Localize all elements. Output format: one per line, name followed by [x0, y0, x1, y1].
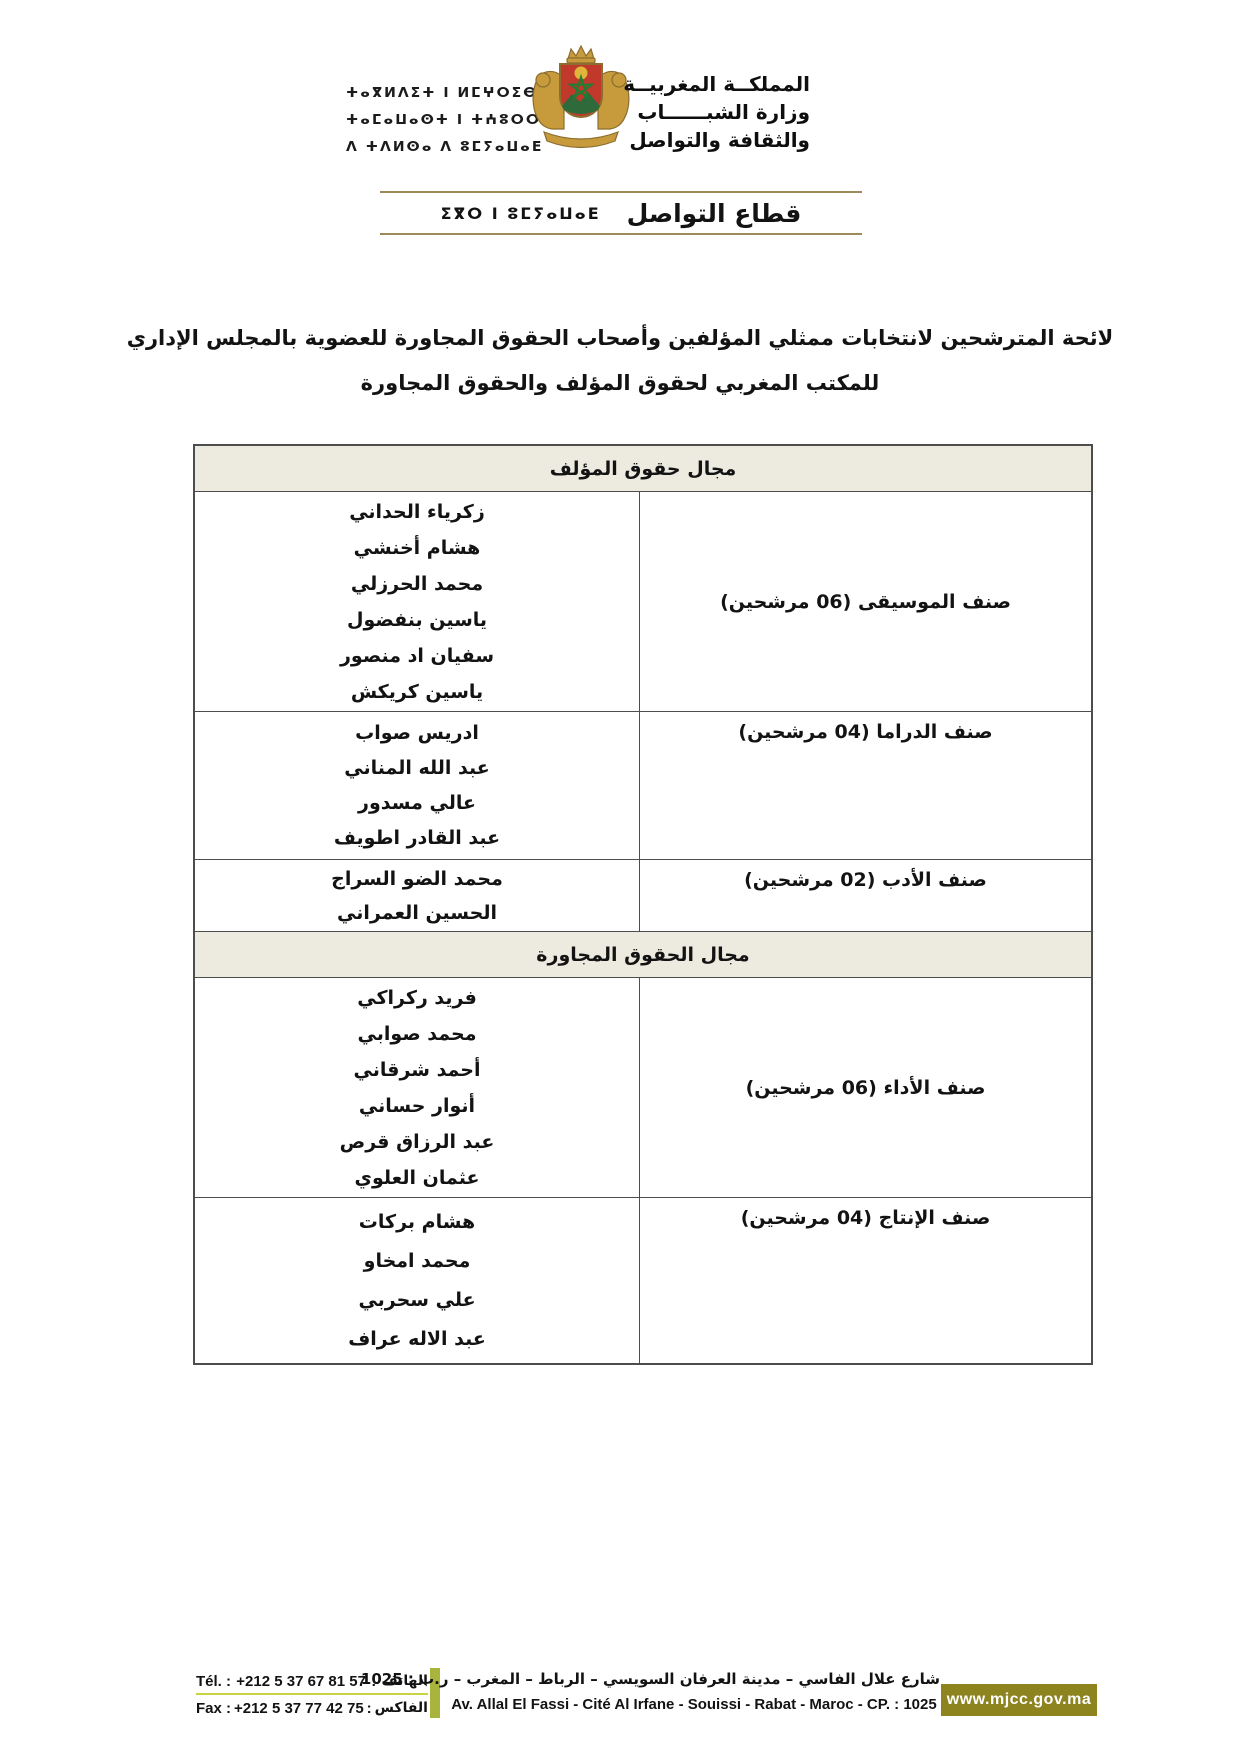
section-header-author-rights: مجال حقوق المؤلف [195, 446, 1091, 491]
website-badge: www.mjcc.gov.ma [941, 1684, 1097, 1716]
candidate-name: عبد الاله عراف [348, 1320, 486, 1359]
tifinagh-line-1: ⵜⴰⴳⵍⴷⵉⵜ ⵏ ⵍⵎⵖⵔⵉⴱ [346, 80, 522, 107]
category-cell-drama: صنف الدراما (04 مرشحين) [639, 712, 1091, 859]
moroccan-coat-of-arms-logo [518, 44, 644, 166]
candidate-name: ادريس صواب [355, 716, 479, 751]
sector-banner-arabic: قطاع التواصل [627, 199, 802, 228]
tifinagh-line-3: ⴷ ⵜⴷⵍⵙⴰ ⴷ ⵓⵎⵢⴰⵡⴰⴹ [346, 134, 522, 161]
candidate-name: هشام أخنشي [354, 530, 481, 566]
candidate-name: سفيان اد منصور [340, 638, 494, 674]
candidate-name: هشام بركات [359, 1203, 475, 1242]
names-cell-music: زكرياء الحداني هشام أخنشي محمد الحرزلي ي… [195, 492, 639, 711]
tel-underline-accent [196, 1693, 428, 1695]
ministry-line-2: وزارة الشبــــــاب [640, 98, 810, 126]
category-cell-production: صنف الإنتاج (04 مرشحين) [639, 1198, 1091, 1363]
tel-label-fr: Tél. : [196, 1673, 231, 1690]
candidate-name: أحمد شرقاني [354, 1052, 481, 1088]
header-tifinagh-text: ⵜⴰⴳⵍⴷⵉⵜ ⵏ ⵍⵎⵖⵔⵉⴱ ⵜⴰⵎⴰⵡⴰⵙⵜ ⵏ ⵜⵄⵓⵔⵔⵎⴰ ⴷ ⵜⴷ… [346, 80, 522, 161]
candidate-name: عبد الرزاق قرص [340, 1124, 495, 1160]
candidate-name: عثمان العلوي [355, 1160, 480, 1196]
candidate-name: الحسين العمراني [337, 896, 497, 930]
candidate-name: علي سحربي [358, 1281, 475, 1320]
candidate-name: زكرياء الحداني [349, 494, 485, 530]
candidates-table: مجال حقوق المؤلف صنف الموسيقى (06 مرشحين… [193, 444, 1093, 1365]
candidate-name: عالي مسدور [358, 786, 476, 821]
candidate-name: محمد امخاو [364, 1242, 471, 1281]
footer-address-block: شارع علال الفاسي – مدينة العرفان السويسي… [448, 1666, 940, 1718]
document-title-line-2: للمكتب المغربي لحقوق المؤلف والحقوق المج… [120, 361, 1120, 406]
ministry-line-1: المملكــة المغربيــة [640, 70, 810, 98]
category-cell-performance: صنف الأداء (06 مرشحين) [639, 978, 1091, 1197]
fax-number: +212 5 37 77 42 75 [234, 1700, 364, 1717]
names-cell-production: هشام بركات محمد امخاو علي سحربي عبد الال… [195, 1198, 639, 1363]
address-arabic: شارع علال الفاسي – مدينة العرفان السويسي… [448, 1666, 940, 1692]
document-title: لائحة المترشحين لانتخابات ممثلي المؤلفين… [120, 316, 1120, 406]
ribbon-icon [544, 132, 618, 148]
tel-number: +212 5 37 67 81 57 [236, 1673, 366, 1690]
table-row-music: صنف الموسيقى (06 مرشحين) زكرياء الحداني … [195, 491, 1091, 711]
names-cell-literature: محمد الضو السراج الحسين العمراني [195, 860, 639, 931]
sector-banner-tifinagh: ⵉⴳⵔ ⵏ ⵓⵎⵢⴰⵡⴰⴹ [441, 204, 601, 223]
fax-label-ar: الفاكس [375, 1700, 428, 1716]
table-row-performance: صنف الأداء (06 مرشحين) فريد ركراكي محمد … [195, 977, 1091, 1197]
banner-rule-bottom [380, 233, 862, 235]
candidate-name: محمد الحرزلي [351, 566, 483, 602]
fax-separator: : [367, 1700, 372, 1717]
category-cell-literature: صنف الأدب (02 مرشحين) [639, 860, 1091, 931]
header-ministry-name: المملكــة المغربيــة وزارة الشبــــــاب … [640, 70, 810, 154]
candidate-name: ياسين بنفضول [347, 602, 487, 638]
table-row-production: صنف الإنتاج (04 مرشحين) هشام بركات محمد … [195, 1197, 1091, 1363]
footer-fax-row: Fax : +212 5 37 77 42 75 : الفاكس [196, 1697, 428, 1719]
candidate-name: أنوار حساني [359, 1088, 475, 1124]
names-cell-drama: ادريس صواب عبد الله المناني عالي مسدور ع… [195, 712, 639, 859]
fax-label-fr: Fax : [196, 1700, 231, 1717]
category-cell-music: صنف الموسيقى (06 مرشحين) [639, 492, 1091, 711]
document-title-line-1: لائحة المترشحين لانتخابات ممثلي المؤلفين… [120, 316, 1120, 361]
candidate-name: محمد صوابي [358, 1016, 477, 1052]
crown-icon [568, 46, 594, 59]
names-cell-performance: فريد ركراكي محمد صوابي أحمد شرقاني أنوار… [195, 978, 639, 1197]
candidate-name: عبد القادر اطويف [334, 821, 500, 856]
table-row-literature: صنف الأدب (02 مرشحين) محمد الضو السراج ا… [195, 859, 1091, 931]
document-page: ⵜⴰⴳⵍⴷⵉⵜ ⵏ ⵍⵎⵖⵔⵉⴱ ⵜⴰⵎⴰⵡⴰⵙⵜ ⵏ ⵜⵄⵓⵔⵔⵎⴰ ⴷ ⵜⴷ… [0, 0, 1241, 1755]
ministry-line-3: والثقافة والتواصل [640, 126, 810, 154]
section-header-neighboring-rights: مجال الحقوق المجاورة [195, 931, 1091, 977]
table-row-drama: صنف الدراما (04 مرشحين) ادريس صواب عبد ا… [195, 711, 1091, 859]
sector-banner: ⵉⴳⵔ ⵏ ⵓⵎⵢⴰⵡⴰⴹ قطاع التواصل [380, 193, 862, 233]
candidate-name: عبد الله المناني [344, 751, 490, 786]
candidate-name: ياسين كريكش [351, 674, 483, 710]
candidate-name: محمد الضو السراج [331, 862, 503, 896]
tifinagh-line-2: ⵜⴰⵎⴰⵡⴰⵙⵜ ⵏ ⵜⵄⵓⵔⵔⵎⴰ [346, 107, 522, 134]
address-french: Av. Allal El Fassi - Cité Al Irfane - So… [448, 1692, 940, 1718]
candidate-name: فريد ركراكي [357, 980, 477, 1016]
